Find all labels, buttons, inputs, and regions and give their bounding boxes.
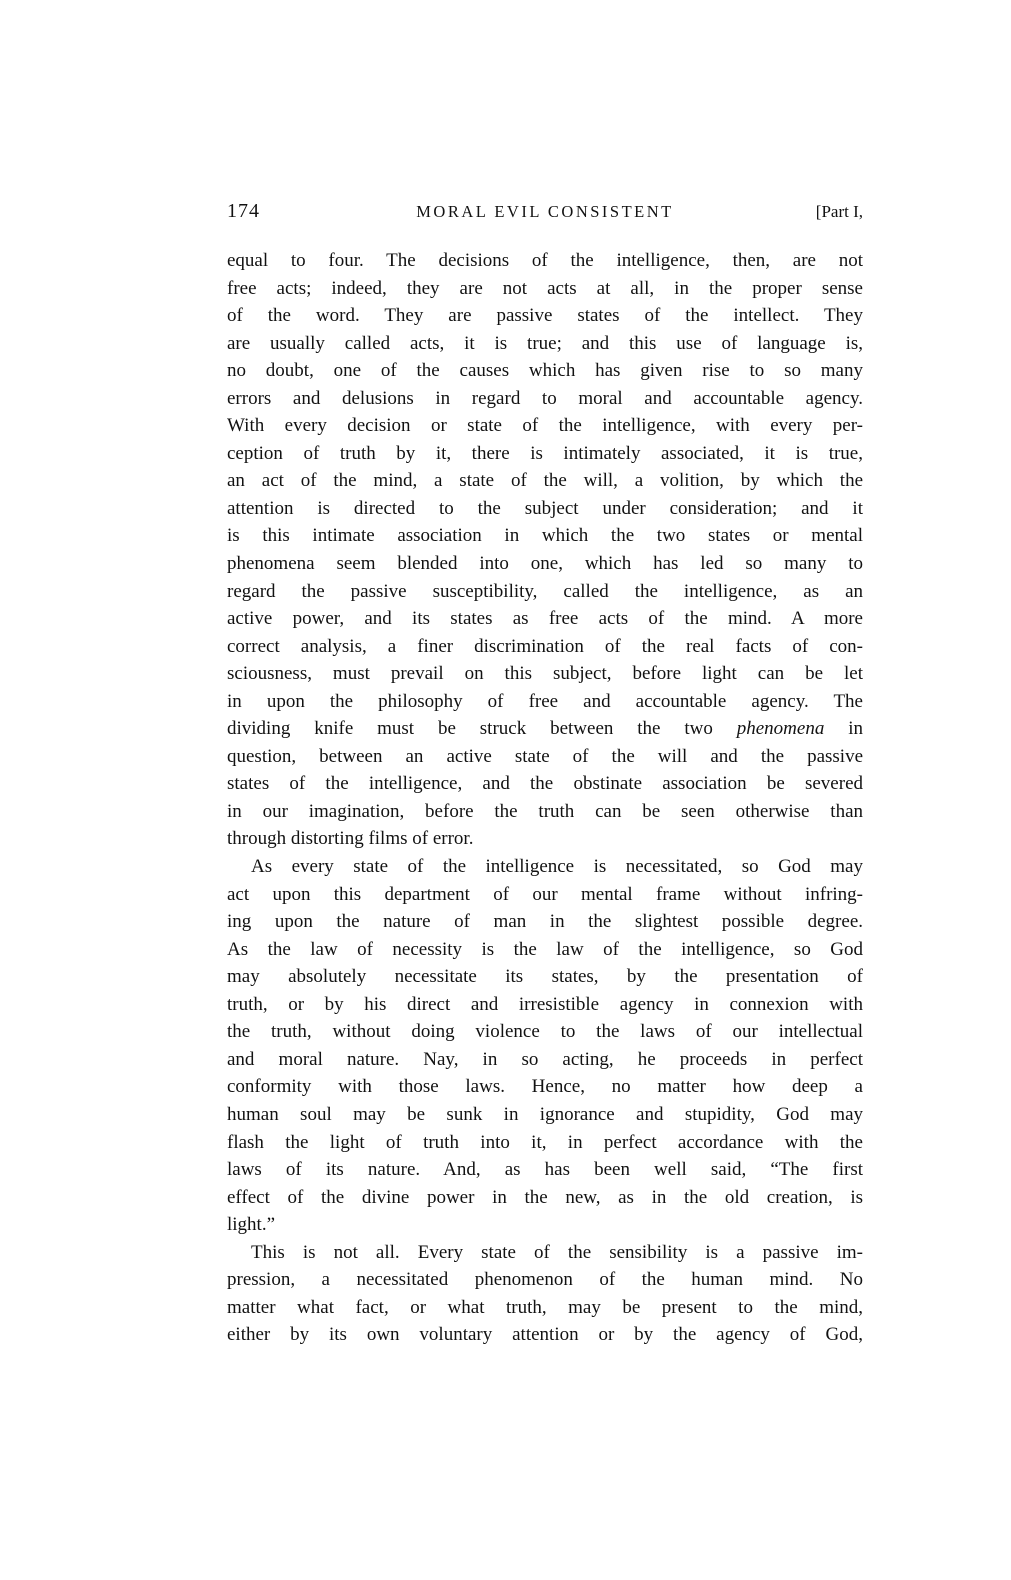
text-line: pression, a necessitated phenomenon of t… [227,1266,863,1294]
text-line: through distorting films of error. [227,825,863,853]
page-number: 174 [227,200,337,223]
text-line: of the word. They are passive states of … [227,302,863,330]
text-line: is this intimate association in which th… [227,522,863,550]
text-line: As every state of the intelligence is ne… [227,853,863,881]
running-title: MORAL EVIL CONSISTENT [337,202,753,222]
text-line: laws of its nature. And, as has been wel… [227,1156,863,1184]
text-line: ception of truth by it, there is intimat… [227,440,863,468]
text-line: are usually called acts, it is true; and… [227,330,863,358]
text-line: effect of the divine power in the new, a… [227,1184,863,1212]
text-line: question, between an active state of the… [227,743,863,771]
text-line: flash the light of truth into it, in per… [227,1129,863,1157]
text-line: free acts; indeed, they are not acts at … [227,275,863,303]
text-line: an act of the mind, a state of the will,… [227,467,863,495]
text-line: ing upon the nature of man in the slight… [227,908,863,936]
text-line: dividing knife must be struck between th… [227,715,863,743]
text-line: As the law of necessity is the law of th… [227,936,863,964]
text-line: regard the passive susceptibility, calle… [227,578,863,606]
text-line: light.” [227,1211,863,1239]
text-line: in upon the philosophy of free and accou… [227,688,863,716]
text-line: and moral nature. Nay, in so acting, he … [227,1046,863,1074]
running-header: 174 MORAL EVIL CONSISTENT [Part I, [227,200,863,223]
part-label: [Part I, [753,202,863,222]
text-line: conformity with those laws. Hence, no ma… [227,1073,863,1101]
paragraph: As every state of the intelligence is ne… [227,853,863,1239]
text-line: sciousness, must prevail on this subject… [227,660,863,688]
text-line: states of the intelligence, and the obst… [227,770,863,798]
paragraph: equal to four. The decisions of the inte… [227,247,863,853]
text-line: active power, and its states as free act… [227,605,863,633]
text-line: This is not all. Every state of the sens… [227,1239,863,1267]
text-line: correct analysis, a finer discrimination… [227,633,863,661]
text-line: human soul may be sunk in ignorance and … [227,1101,863,1129]
body-text: equal to four. The decisions of the inte… [227,247,863,1349]
text-line: matter what fact, or what truth, may be … [227,1294,863,1322]
text-line: the truth, without doing violence to the… [227,1018,863,1046]
text-line: in our imagination, before the truth can… [227,798,863,826]
text-line: may absolutely necessitate its states, b… [227,963,863,991]
text-line: act upon this department of our mental f… [227,881,863,909]
text-line: attention is directed to the subject und… [227,495,863,523]
text-line: no doubt, one of the causes which has gi… [227,357,863,385]
text-line: With every decision or state of the inte… [227,412,863,440]
text-line: equal to four. The decisions of the inte… [227,247,863,275]
text-line: phenomena seem blended into one, which h… [227,550,863,578]
text-line: truth, or by his direct and irresistible… [227,991,863,1019]
text-line: either by its own voluntary attention or… [227,1321,863,1349]
text-line: errors and delusions in regard to moral … [227,385,863,413]
book-page: 174 MORAL EVIL CONSISTENT [Part I, equal… [0,0,1011,1580]
paragraph: This is not all. Every state of the sens… [227,1239,863,1349]
